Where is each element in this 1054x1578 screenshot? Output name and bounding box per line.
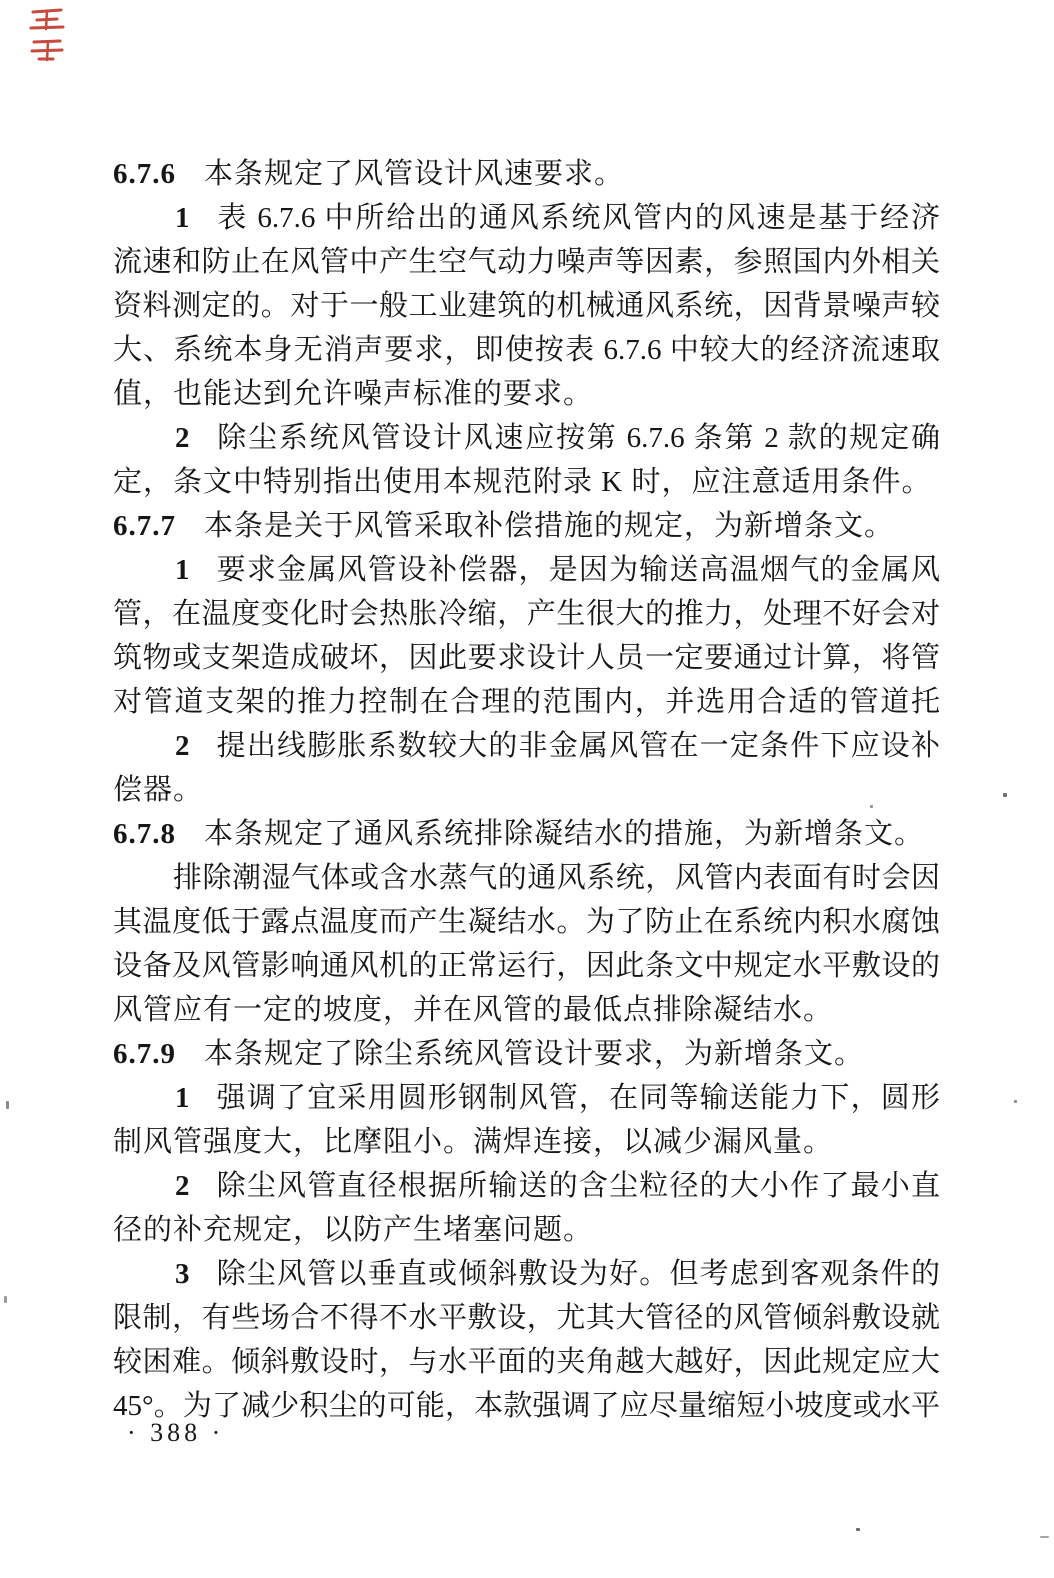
text-line: 资料测定的。对于一般工业建筑的机械通风系统，因背景噪声较 (113, 284, 940, 328)
line-text: 本条规定了除尘系统风管设计要求，为新增条文。 (204, 1038, 864, 1070)
text-line: 1表 6.7.6 中所给出的通风系统风管内的风速是基于经济 (113, 196, 940, 240)
line-text: 45°。为了减少积尘的可能，本款强调了应尽量缩短小坡度或水平 (113, 1390, 940, 1422)
line-text: 流速和防止在风管中产生空气动力噪声等因素，参照国内外相关 (113, 246, 940, 278)
text-line: 6.7.8本条规定了通风系统排除凝结水的措施，为新增条文。 (113, 812, 940, 856)
scan-speck (1003, 793, 1007, 797)
text-block: 6.7.6本条规定了风管设计风速要求。 1表 6.7.6 中所给出的通风系统风管… (113, 152, 940, 1428)
text-line: 径的补充规定，以防产生堵塞问题。 (113, 1208, 940, 1252)
text-line: 定，条文中特别指出使用本规范附录 K 时，应注意适用条件。 (113, 460, 940, 504)
text-line: 筑物或支架造成破坏，因此要求设计人员一定要通过计算，将管道 (113, 636, 940, 680)
text-line: 大、系统本身无消声要求，即使按表 6.7.6 中较大的经济流速取 (113, 328, 940, 372)
scan-speck (856, 1528, 860, 1531)
red-pen-marks (27, 5, 77, 65)
text-line: 对管道支架的推力控制在合理的范围内，并选用合适的管道托座。 (113, 680, 940, 724)
scan-speck (4, 1296, 7, 1303)
text-line: 6.7.6本条规定了风管设计风速要求。 (113, 152, 940, 196)
text-line: 偿器。 (113, 768, 940, 812)
line-text: 要求金属风管设补偿器，是因为输送高温烟气的金属风 (216, 554, 941, 586)
clause-number: 6.7.9 (113, 1038, 176, 1070)
line-text: 管，在温度变化时会热胀冷缩，产生很大的推力，处理不好会对建 (113, 598, 940, 636)
line-text: 提出线膨胀系数较大的非金属风管在一定条件下应设补 (216, 730, 941, 762)
line-text: 本条规定了风管设计风速要求。 (204, 158, 624, 190)
line-text: 风管应有一定的坡度，并在风管的最低点排除凝结水。 (113, 994, 833, 1026)
text-line: 风管应有一定的坡度，并在风管的最低点排除凝结水。 (113, 988, 940, 1032)
line-text: 除尘风管直径根据所输送的含尘粒径的大小作了最小直 (216, 1170, 941, 1202)
clause-number: 6.7.6 (113, 158, 176, 190)
text-line: 1强调了宜采用圆形钢制风管，在同等输送能力下，圆形钢 (113, 1076, 940, 1120)
line-text: 限制，有些场合不得不水平敷设，尤其大管径的风管倾斜敷设就比 (113, 1302, 940, 1340)
scan-speck (6, 1101, 9, 1109)
line-text: 其温度低于露点温度而产生凝结水。为了防止在系统内积水腐蚀 (113, 906, 940, 938)
clause-number: 1 (175, 1082, 190, 1114)
line-text: 制风管强度大，比摩阻小。满焊连接，以减少漏风量。 (113, 1126, 833, 1158)
text-line: 设备及风管影响通风机的正常运行，因此条文中规定水平敷设的 (113, 944, 940, 988)
text-line: 较困难。倾斜敷设时，与水平面的夹角越大越好，因此规定应大于 (113, 1340, 940, 1384)
line-text: 径的补充规定，以防产生堵塞问题。 (113, 1214, 593, 1246)
text-line: 限制，有些场合不得不水平敷设，尤其大管径的风管倾斜敷设就比 (113, 1296, 940, 1340)
scan-speck (1014, 1100, 1017, 1103)
clause-number: 1 (175, 202, 190, 234)
line-text: 大、系统本身无消声要求，即使按表 6.7.6 中较大的经济流速取 (113, 334, 940, 366)
line-text: 设备及风管影响通风机的正常运行，因此条文中规定水平敷设的 (113, 950, 940, 982)
line-text: 资料测定的。对于一般工业建筑的机械通风系统，因背景噪声较 (113, 290, 940, 322)
text-line: 2除尘系统风管设计风速应按第 6.7.6 条第 2 款的规定确 (113, 416, 940, 460)
clause-number: 2 (175, 1170, 190, 1202)
page-number: · 388 · (127, 1418, 224, 1448)
text-line: 6.7.9本条规定了除尘系统风管设计要求，为新增条文。 (113, 1032, 940, 1076)
clause-number: 3 (175, 1258, 190, 1290)
line-text: 本条规定了通风系统排除凝结水的措施，为新增条文。 (204, 818, 924, 850)
text-line: 制风管强度大，比摩阻小。满焊连接，以减少漏风量。 (113, 1120, 940, 1164)
text-line: 45°。为了减少积尘的可能，本款强调了应尽量缩短小坡度或水平 (113, 1384, 940, 1428)
text-line: 2提出线膨胀系数较大的非金属风管在一定条件下应设补 (113, 724, 940, 768)
text-line: 值，也能达到允许噪声标准的要求。 (113, 372, 940, 416)
line-text: 偿器。 (113, 774, 203, 806)
line-text: 筑物或支架造成破坏，因此要求设计人员一定要通过计算，将管道 (113, 642, 940, 680)
line-text: 较困难。倾斜敷设时，与水平面的夹角越大越好，因此规定应大于 (113, 1346, 940, 1384)
document-page: 6.7.6本条规定了风管设计风速要求。 1表 6.7.6 中所给出的通风系统风管… (0, 0, 1054, 1578)
line-text: 对管道支架的推力控制在合理的范围内，并选用合适的管道托座。 (113, 686, 940, 724)
text-line: 其温度低于露点温度而产生凝结水。为了防止在系统内积水腐蚀 (113, 900, 940, 944)
line-text: 值，也能达到允许噪声标准的要求。 (113, 378, 593, 410)
text-line: 流速和防止在风管中产生空气动力噪声等因素，参照国内外相关 (113, 240, 940, 284)
clause-number: 6.7.8 (113, 818, 176, 850)
text-line: 6.7.7本条是关于风管采取补偿措施的规定，为新增条文。 (113, 504, 940, 548)
clause-number: 2 (175, 422, 190, 454)
line-text: 除尘系统风管设计风速应按第 6.7.6 条第 2 款的规定确 (216, 422, 941, 454)
line-text: 除尘风管以垂直或倾斜敷设为好。但考虑到客观条件的 (216, 1258, 941, 1290)
line-text: 排除潮湿气体或含水蒸气的通风系统，风管内表面有时会因 (173, 862, 940, 894)
scan-speck (870, 805, 873, 808)
text-line: 1要求金属风管设补偿器，是因为输送高温烟气的金属风 (113, 548, 940, 592)
scan-speck (1040, 1536, 1049, 1538)
red-scribble-icon (27, 5, 77, 65)
text-line: 排除潮湿气体或含水蒸气的通风系统，风管内表面有时会因 (113, 856, 940, 900)
clause-number: 2 (175, 730, 190, 762)
text-line: 3除尘风管以垂直或倾斜敷设为好。但考虑到客观条件的 (113, 1252, 940, 1296)
line-text: 本条是关于风管采取补偿措施的规定，为新增条文。 (204, 510, 894, 542)
line-text: 定，条文中特别指出使用本规范附录 K 时，应注意适用条件。 (113, 466, 931, 498)
clause-number: 6.7.7 (113, 510, 176, 542)
line-text: 强调了宜采用圆形钢制风管，在同等输送能力下，圆形钢 (175, 1082, 940, 1120)
clause-number: 1 (175, 554, 190, 586)
text-line: 管，在温度变化时会热胀冷缩，产生很大的推力，处理不好会对建 (113, 592, 940, 636)
text-line: 2除尘风管直径根据所输送的含尘粒径的大小作了最小直 (113, 1164, 940, 1208)
line-text: 表 6.7.6 中所给出的通风系统风管内的风速是基于经济 (216, 202, 941, 234)
